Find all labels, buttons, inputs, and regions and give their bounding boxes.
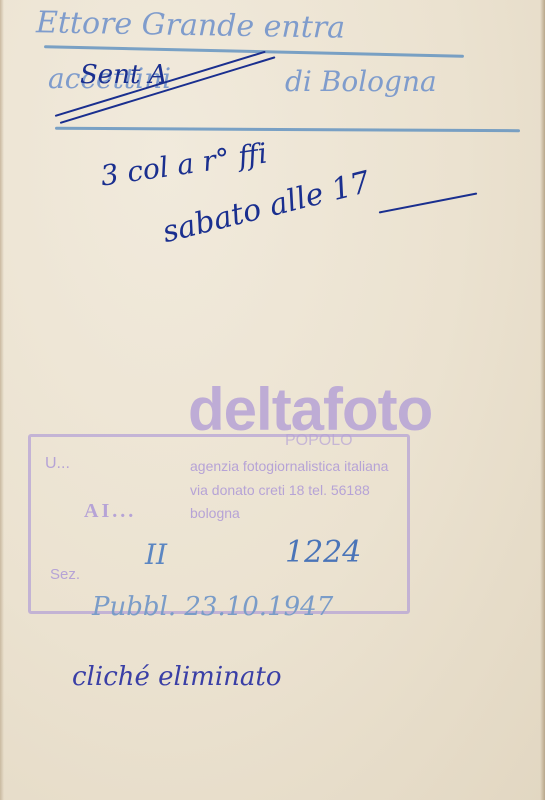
photo-back: Ettore Grande entra accettini Sent A di … [0,0,545,800]
paper-edge-left [0,0,4,800]
paper-edge-right [540,0,545,800]
note-line-1: Ettore Grande entra [36,5,346,45]
stamp-overprint: POPOLO [285,432,353,450]
underline-17 [379,192,478,213]
note-line-3: 3 col a r° ffi [99,136,270,192]
stamp-city: bologna [190,505,240,521]
stamp-box-label: AI... [84,500,136,523]
stamp-section-value: II [145,538,167,571]
stamp-number-value: 1224 [285,535,361,570]
stamp-section-label: Sez. [50,566,80,583]
stamp-agency-line: agenzia fotogiornalistica italiana [190,458,388,474]
publication-date: Pubbl. 23.10.1947 [92,592,333,622]
note-line-2-rest: di Bologna [285,65,437,98]
stamp-box-header: U... [45,455,70,473]
pencil-underline-2 [55,127,520,132]
bottom-note: cliché eliminato [72,662,282,692]
stamp-address-line: via donato creti 18 tel. 56188 [190,482,370,498]
